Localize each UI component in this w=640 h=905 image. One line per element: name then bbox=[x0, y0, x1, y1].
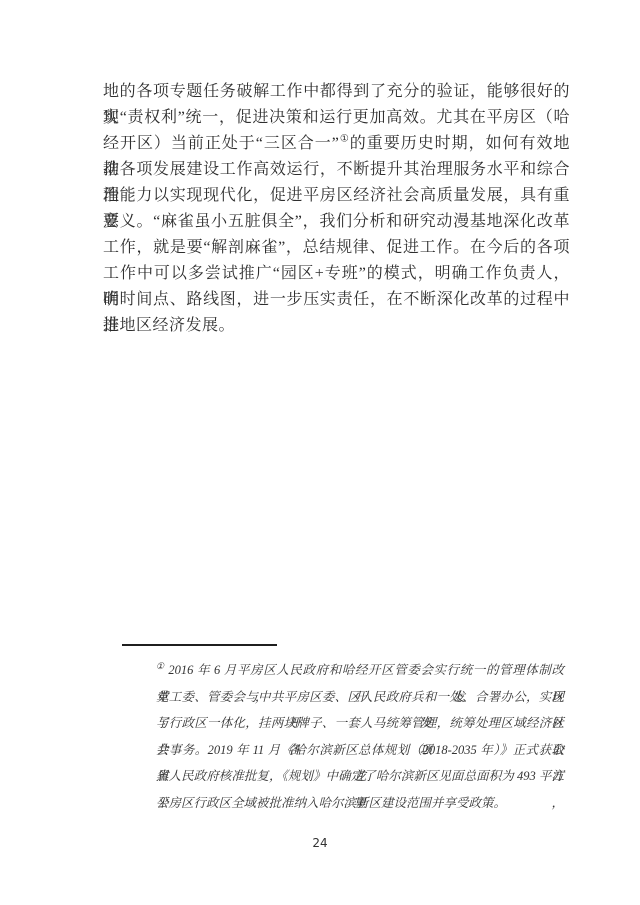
paragraph-line: 动各项发展建设工作高效运行，不断提升其治理服务水平和综合治 bbox=[103, 157, 570, 183]
body-paragraph: 地的各项专题任务破解工作中都得到了充分的验证，能够很好的实 现“责权利”统一，促… bbox=[103, 79, 570, 339]
footnote-line: 与行政区一体化，挂两块牌子、一套人马统筹管理，统筹处理区域经济社会各项公 bbox=[156, 710, 564, 737]
paragraph-line: 进地区经济发展。 bbox=[103, 313, 570, 339]
footnote-ref-mark: ① bbox=[156, 661, 165, 671]
paragraph-line: 现“责权利”统一，促进决策和运行更加高效。尤其在平房区（哈 bbox=[103, 105, 570, 131]
paragraph-line: 意义。“麻雀虽小五脏俱全”，我们分析和研究动漫基地深化改革 bbox=[103, 209, 570, 235]
footnote-ref-mark: ① bbox=[339, 134, 349, 145]
paragraph-line: 工作中可以多尝试推广“园区+专班”的模式，明确工作负责人，明 bbox=[103, 261, 570, 287]
paragraph-line: 地的各项专题任务破解工作中都得到了充分的验证，能够很好的实 bbox=[103, 79, 570, 105]
paragraph-line: 确时间点、路线图，进一步压实责任，在不断深化改革的过程中推 bbox=[103, 287, 570, 313]
paragraph-line: 工作，就是要“解剖麻雀”，总结规律、促进工作。在今后的各项 bbox=[103, 235, 570, 261]
page-number: 24 bbox=[0, 836, 640, 850]
paragraph-line: 理能力以实现现代化，促进平房区经济社会高质量发展，具有重要 bbox=[103, 183, 570, 209]
footnote-line: 共事务。2019 年 11 月《哈尔滨新区总体规划（2018-2035 年）》正… bbox=[156, 737, 564, 764]
footnote-line: 省人民政府核准批复，《规划》中确定了哈尔滨新区见面总面积为 493 平方公里， bbox=[156, 763, 564, 790]
footnote-line: ① 2016 年 6 月平房区人民政府和哈经开区管委会实行统一的管理体制改革，开… bbox=[156, 657, 564, 684]
footnote-line: 平房区行政区全域被批准纳入哈尔滨新区建设范围并享受政策。 bbox=[156, 790, 564, 817]
paragraph-line: 经开区）当前正处于“三区合一”①的重要历史时期，如何有效地推 bbox=[103, 131, 570, 157]
footnote: ① 2016 年 6 月平房区人民政府和哈经开区管委会实行统一的管理体制改革，开… bbox=[156, 657, 564, 816]
footnote-line: 党工委、管委会与中共平房区委、区人民政府兵和一处、合署办公，实现了开发区 bbox=[156, 684, 564, 711]
document-page: 地的各项专题任务破解工作中都得到了充分的验证，能够很好的实 现“责权利”统一，促… bbox=[0, 0, 640, 905]
footnote-separator bbox=[122, 644, 277, 646]
